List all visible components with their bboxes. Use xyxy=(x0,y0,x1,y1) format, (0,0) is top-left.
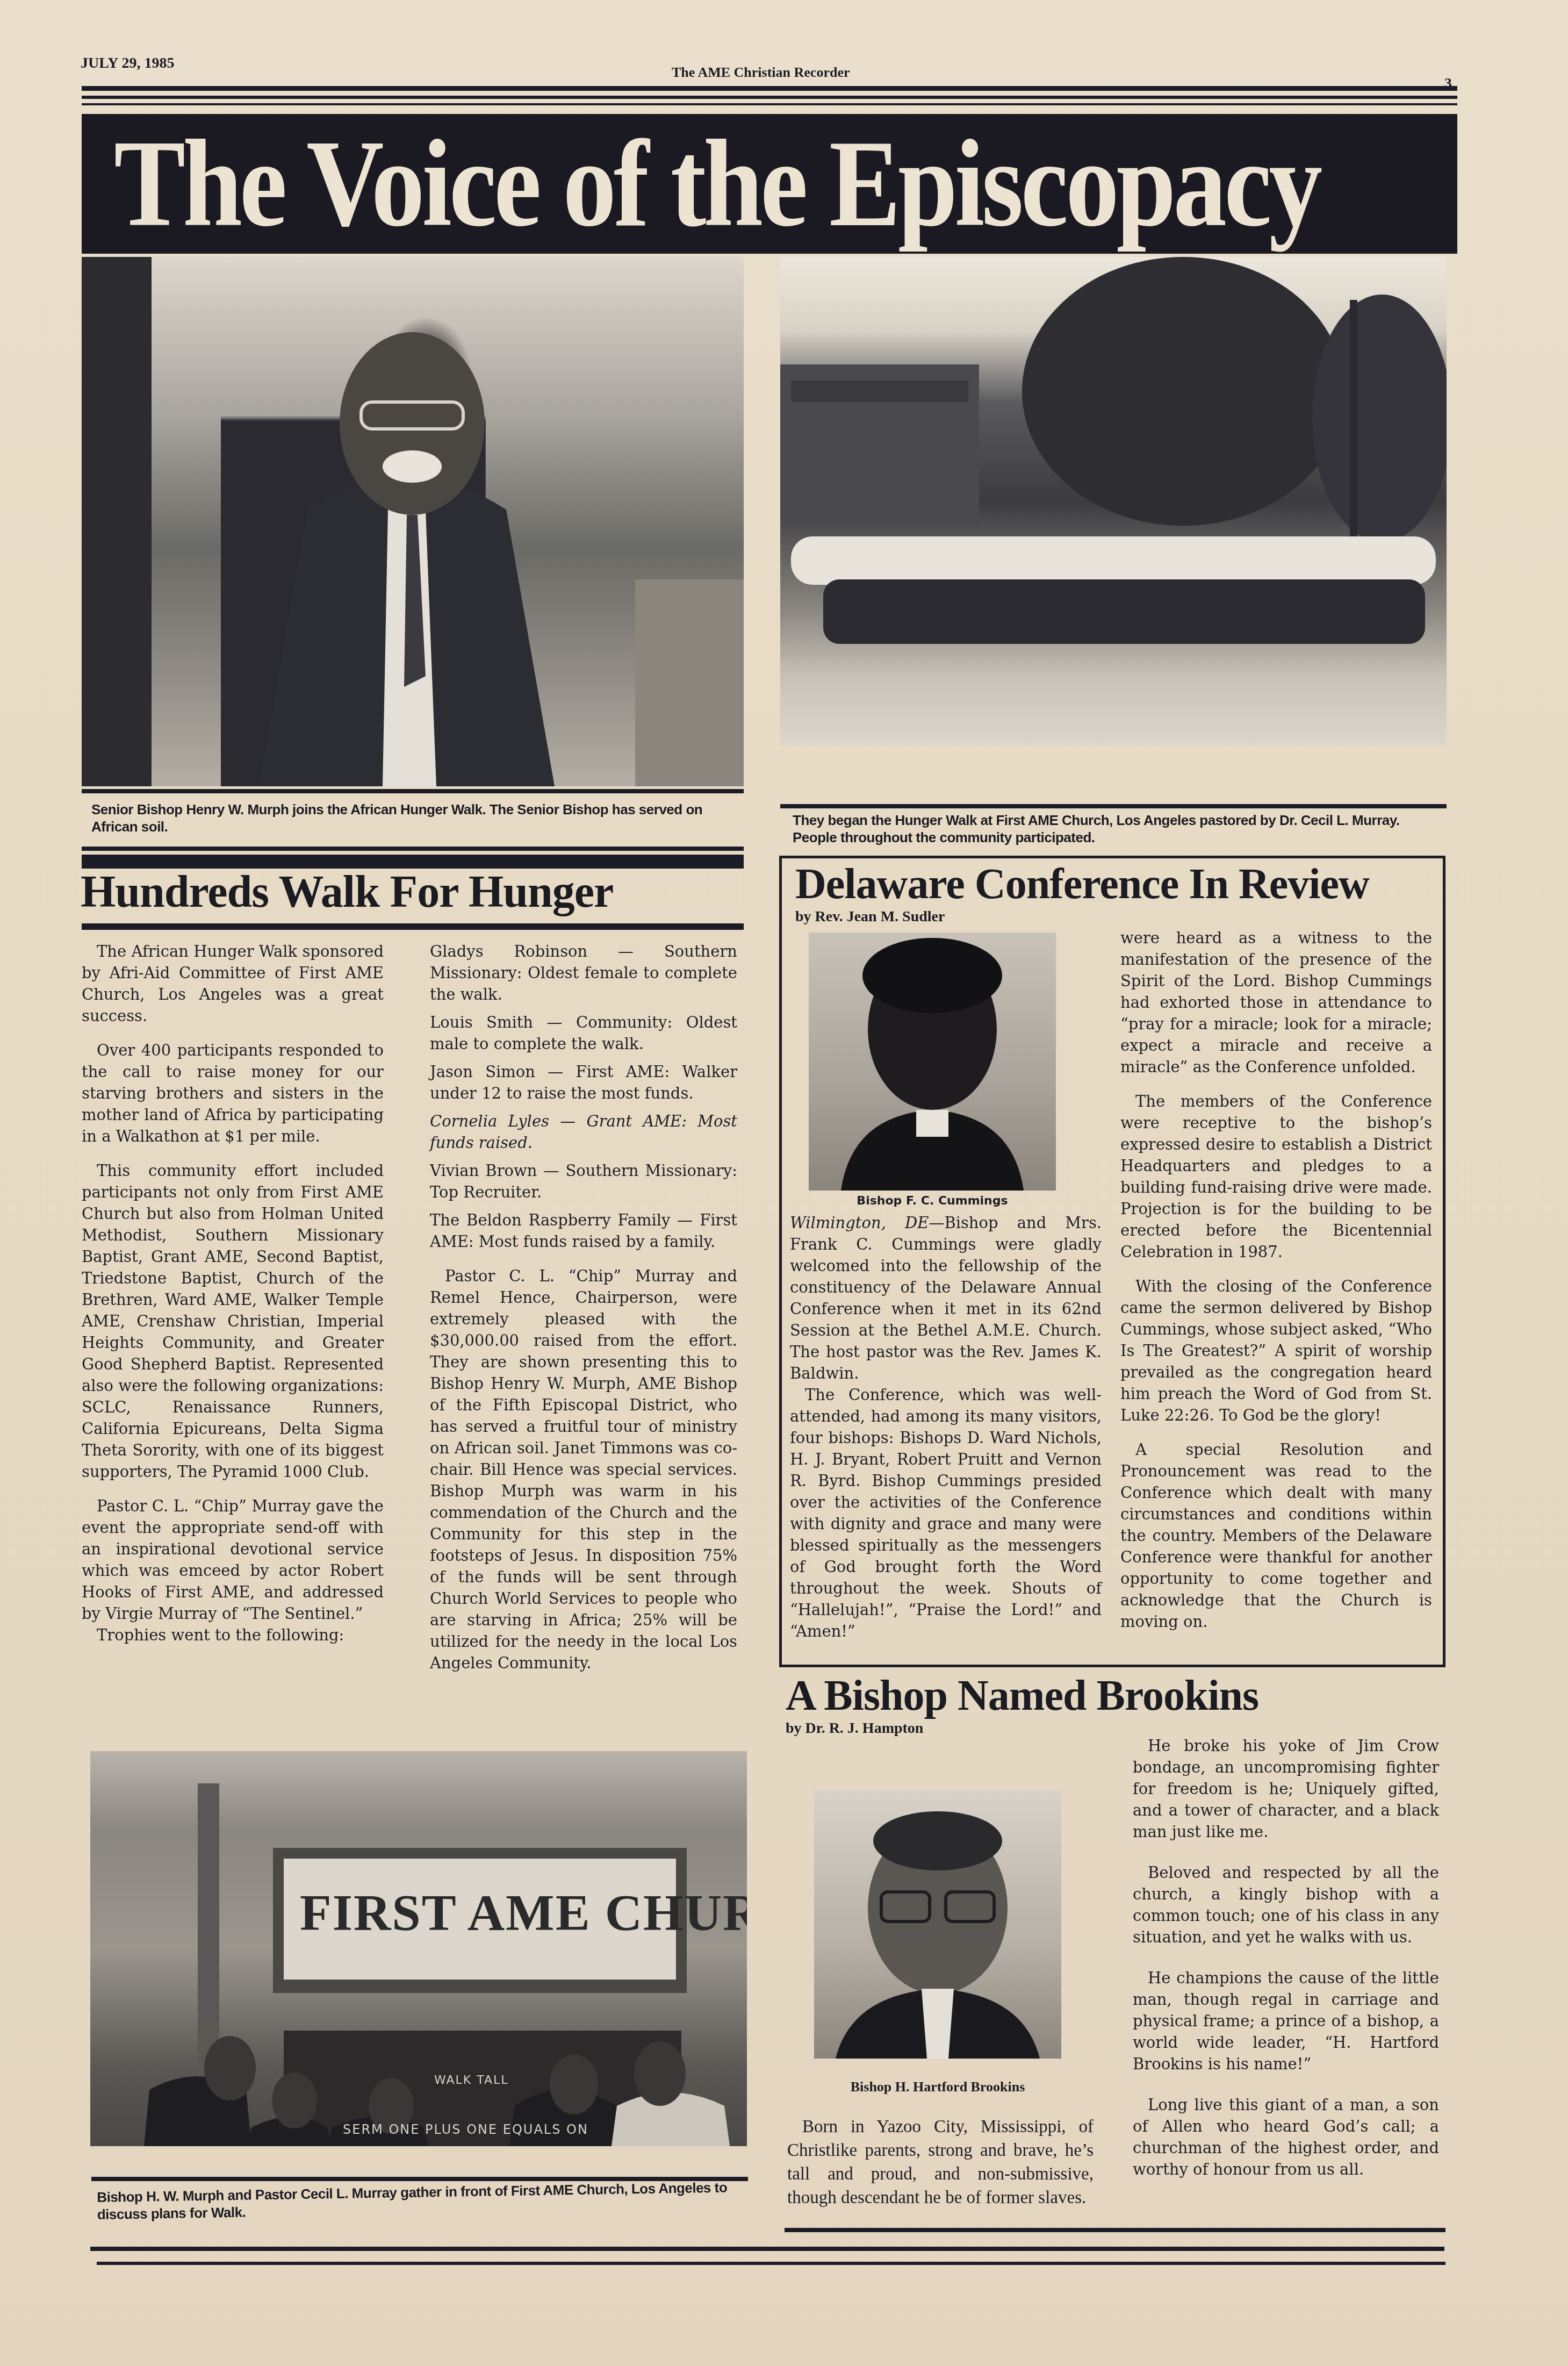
paragraph: Over 400 participants responded to the c… xyxy=(82,1039,384,1147)
delaware-article-col2: were heard as a witness to the manifesta… xyxy=(1120,927,1432,1645)
delaware-article-col1: Wilmington, DE—Bishop and Mrs. Frank C. … xyxy=(790,1212,1102,1655)
trophy-entry: Louis Smith — Community: Oldest male to … xyxy=(430,1012,737,1055)
paragraph: A special Resolution and Pronouncement w… xyxy=(1120,1439,1432,1632)
masthead-rule xyxy=(82,103,1457,105)
photo-figure-icon xyxy=(82,257,744,786)
hunger-article-col2: Gladys Robinson — Southern Missionary: O… xyxy=(430,941,737,1687)
section-title: The Voice of the Episcopacy xyxy=(114,114,1320,254)
portrait-caption-brookins: Bishop H. Hartford Brookins xyxy=(814,2079,1061,2095)
trophy-entry: The Beldon Raspberry Family — First AME:… xyxy=(430,1209,737,1252)
dateline: Wilmington, DE xyxy=(790,1214,929,1232)
paragraph: Long live this giant of a man, a son of … xyxy=(1133,2094,1439,2180)
hunger-article-col1: The African Hunger Walk sponsored by Afr… xyxy=(82,941,384,1659)
brookins-article-col1: Born in Yazoo City, Mississippi, of Chri… xyxy=(787,2115,1094,2222)
publication-name: The AME Christian Recorder xyxy=(672,64,850,81)
paragraph: Pastor C. L. “Chip” Murray gave the even… xyxy=(82,1495,384,1624)
issue-date: JULY 29, 1985 xyxy=(81,55,175,72)
photo-church-sign-group: FIRST AME CHURCH WALK TALL SERM ONE PLUS… xyxy=(90,1751,747,2146)
photo-bishop-cummings xyxy=(809,933,1056,1191)
caption-rule xyxy=(780,804,1447,808)
sign-board-line: SERM ONE PLUS ONE EQUALS ON xyxy=(343,2122,588,2137)
paragraph: were heard as a witness to the manifesta… xyxy=(1120,927,1432,1078)
paragraph: The members of the Conference were recep… xyxy=(1120,1091,1432,1263)
section-banner: The Voice of the Episcopacy xyxy=(82,114,1457,254)
photo-bishop-brookins xyxy=(814,1790,1061,2059)
paragraph: This community effort included participa… xyxy=(82,1160,384,1482)
paragraph: He broke his yoke of Jim Crow bondage, a… xyxy=(1133,1735,1439,1842)
paragraph: Born in Yazoo City, Mississippi, of Chri… xyxy=(787,2115,1094,2210)
headline-bishop-brookins: A Bishop Named Brookins xyxy=(786,1669,1258,1723)
byline-brookins: by Dr. R. J. Hampton xyxy=(786,1720,923,1737)
brookins-article-col2: He broke his yoke of Jim Crow bondage, a… xyxy=(1133,1735,1439,2193)
headline-delaware-conference: Delaware Conference In Review xyxy=(795,857,1369,911)
portrait-caption-cummings: Bishop F. C. Cummings xyxy=(809,1194,1056,1208)
photo-caption-murph: Senior Bishop Henry W. Murph joins the A… xyxy=(91,801,725,835)
trophy-entry: Jason Simon — First AME: Walker under 12… xyxy=(430,1061,737,1104)
headline-rule xyxy=(82,923,744,930)
photo-hunger-walkers xyxy=(780,257,1447,746)
church-sign-title: FIRST AME CHURCH xyxy=(300,1883,747,1942)
photo-caption-church-sign: Bishop H. W. Murph and Pastor Cecil L. M… xyxy=(97,2178,731,2223)
portrait-figure-icon xyxy=(809,933,1056,1191)
footer-rule xyxy=(97,2262,1445,2265)
byline-delaware: by Rev. Jean M. Sudler xyxy=(795,908,945,926)
paragraph: With the closing of the Conference came … xyxy=(1120,1275,1432,1426)
masthead-rule xyxy=(82,86,1457,91)
paragraph: The African Hunger Walk sponsored by Afr… xyxy=(82,941,384,1027)
caption-rule xyxy=(82,847,744,851)
paragraph: He champions the cause of the little man… xyxy=(1133,1967,1439,2075)
trophy-entry: Gladys Robinson — Southern Missionary: O… xyxy=(430,941,737,1005)
masthead-rule xyxy=(82,96,1457,99)
caption-rule xyxy=(82,789,744,793)
photo-scene-icon xyxy=(90,1751,747,2146)
photo-bishop-murph xyxy=(82,257,744,786)
photo-crowd-icon xyxy=(780,257,1447,746)
paragraph: Beloved and respected by all the church,… xyxy=(1133,1862,1439,1948)
photo-caption-walkers: They began the Hunger Walk at First AME … xyxy=(793,812,1437,846)
trophy-entry: Vivian Brown — Southern Missionary: Top … xyxy=(430,1160,737,1203)
footer-rule xyxy=(785,2228,1445,2232)
portrait-figure-icon xyxy=(814,1790,1061,2059)
paragraph: Pastor C. L. “Chip” Murray and Remel Hen… xyxy=(430,1265,737,1674)
headline-hunger-walk: Hundreds Walk For Hunger xyxy=(81,865,613,919)
footer-rule xyxy=(90,2247,1444,2251)
newspaper-page: JULY 29, 1985 The AME Christian Recorder… xyxy=(0,0,1568,2366)
paragraph: Trophies went to the following: xyxy=(82,1624,384,1646)
paragraph: Wilmington, DE—Bishop and Mrs. Frank C. … xyxy=(790,1212,1102,1384)
paragraph: The Conference, which was well-attended,… xyxy=(790,1384,1102,1642)
trophy-entry: Cornelia Lyles — Grant AME: Most funds r… xyxy=(430,1110,737,1153)
sign-board-line: WALK TALL xyxy=(434,2074,509,2087)
